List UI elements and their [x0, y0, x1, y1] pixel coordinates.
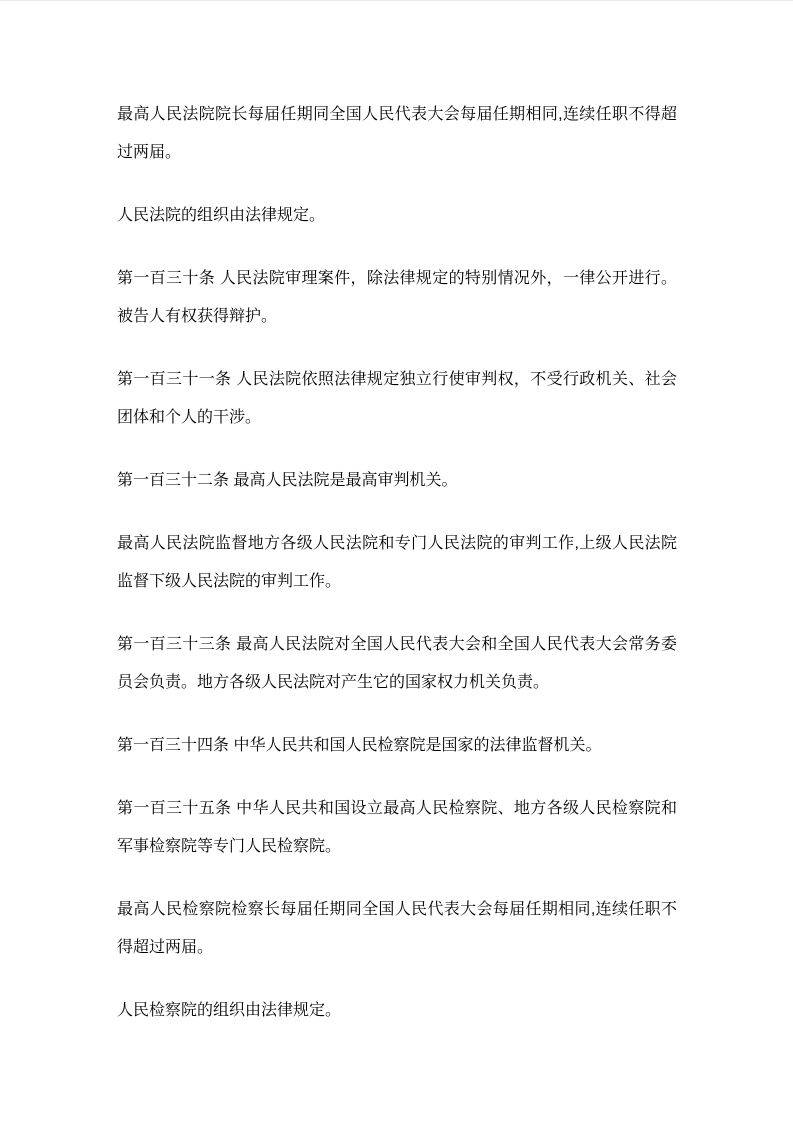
document-body: 最高人民法院院长每届任期同全国人民代表大会每届任期相同,连续任职不得超过两届。人… — [117, 96, 677, 1030]
paragraph: 最高人民法院院长每届任期同全国人民代表大会每届任期相同,连续任职不得超过两届。 — [117, 96, 677, 172]
paragraph: 最高人民检察院检察长每届任期同全国人民代表大会每届任期相同,连续任职不得超过两届… — [117, 891, 677, 967]
paragraph: 第一百三十一条 人民法院依照法律规定独立行使审判权，不受行政机关、社会团体和个人… — [117, 361, 677, 437]
paragraph: 第一百三十三条 最高人民法院对全国人民代表大会和全国人民代表大会常务委员会负责。… — [117, 626, 677, 702]
paragraph: 第一百三十二条 最高人民法院是最高审判机关。 — [117, 462, 677, 500]
paragraph: 第一百三十四条 中华人民共和国人民检察院是国家的法律监督机关。 — [117, 727, 677, 765]
document-page: 最高人民法院院长每届任期同全国人民代表大会每届任期相同,连续任职不得超过两届。人… — [0, 0, 793, 1122]
paragraph: 最高人民法院监督地方各级人民法院和专门人民法院的审判工作,上级人民法院监督下级人… — [117, 525, 677, 601]
paragraph: 人民法院的组织由法律规定。 — [117, 197, 677, 235]
paragraph: 第一百三十五条 中华人民共和国设立最高人民检察院、地方各级人民检察院和军事检察院… — [117, 790, 677, 866]
paragraph: 第一百三十条 人民法院审理案件，除法律规定的特别情况外，一律公开进行。被告人有权… — [117, 260, 677, 336]
paragraph: 人民检察院的组织由法律规定。 — [117, 992, 677, 1030]
